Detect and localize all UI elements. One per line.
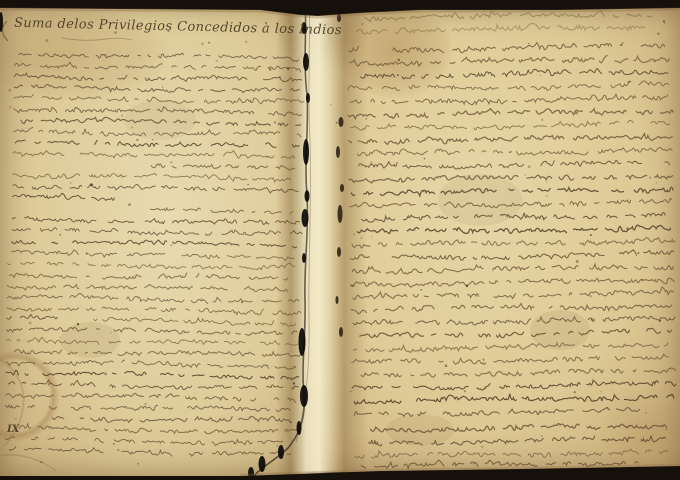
left-page [0, 5, 306, 476]
right-page [306, 7, 680, 472]
margin-numeral: IX [7, 424, 19, 435]
manuscript-photo: Suma delos Privilegios Concedidos à los … [0, 0, 680, 480]
